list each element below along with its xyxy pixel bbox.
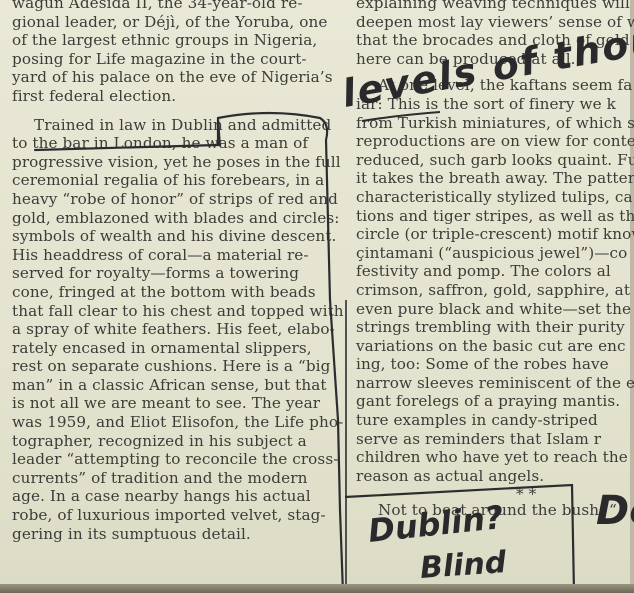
text-line: rately encased in ornamental slippers, [12, 339, 334, 358]
text-line: crimson, saffron, gold, sapphire, at [356, 281, 634, 300]
text-line: circle (or triple-crescent) motif know [356, 225, 634, 244]
text-line: leader “attempting to reconcile the cros… [12, 450, 334, 469]
text-line: it takes the breath away. The patter [356, 169, 634, 188]
text-line: festivity and pomp. The colors al [356, 262, 634, 281]
text-line: wagun Adesida II, the 34-year-old re- [12, 0, 334, 13]
text-line: çintamani (“auspicious jewel”)—co [356, 244, 634, 263]
handwritten-blind: Blind [419, 545, 507, 586]
text-line: gant forelegs of a praying mantis. [356, 392, 634, 411]
text-line: children who have yet to reach the [356, 448, 634, 467]
text-line: tographer, recognized in his subject a [12, 432, 334, 451]
text-line: reason as actual angels. [356, 467, 634, 486]
text-line: yard of his palace on the eve of Nigeria… [12, 68, 334, 87]
text-line: posing for Life magazine in the court- [12, 50, 334, 69]
text-line: ing, too: Some of the robes have [356, 355, 634, 374]
text-line: age. In a case nearby hangs his actual [12, 487, 334, 506]
text-line: variations on the basic cut are enc [356, 337, 634, 356]
text-line: served for royalty—forms a towering [12, 264, 334, 283]
text-line: His headdress of coral—a material re- [12, 246, 334, 265]
text-line: is not all we are meant to see. The year [12, 394, 334, 413]
paper-edge-bottom [0, 584, 634, 593]
text-line: Trained in law in Dublin and admitted [12, 116, 334, 135]
text-line: man” in a classic African sense, but tha… [12, 376, 334, 395]
text-line: a spray of white feathers. His feet, ela… [12, 320, 334, 339]
text-line: reduced, such garb looks quaint. Full- [356, 151, 634, 170]
text-line: serve as reminders that Islam r [356, 430, 634, 449]
text-line: even pure black and white—set the [356, 300, 634, 319]
left-column-text: wagun Adesida II, the 34-year-old re- gi… [12, 0, 334, 543]
text-line: gering in its sumptuous detail. [12, 525, 334, 544]
text-line: to the bar in London, he was a man of [12, 134, 334, 153]
text-line: explaining weaving techniques will [356, 0, 634, 13]
text-line: was 1959, and Eliot Elisofon, the Life p… [12, 413, 334, 432]
text-line: that fall clear to his chest and topped … [12, 302, 334, 321]
text-line: currents” of tradition and the modern [12, 469, 334, 488]
text-line: ceremonial regalia of his forebears, in … [12, 171, 334, 190]
text-line: narrow sleeves reminiscent of the ex [356, 374, 634, 393]
text-line: rest on separate cushions. Here is a “bi… [12, 357, 334, 376]
text-line: first federal election. [12, 87, 334, 106]
text-line: from Turkish miniatures, of which sev [356, 114, 634, 133]
text-line: cone, fringed at the bottom with beads [12, 283, 334, 302]
text-line: strings trembling with their purity [356, 318, 634, 337]
handwritten-margin-note: Do [596, 488, 634, 534]
text-line: symbols of wealth and his divine descent… [12, 227, 334, 246]
text-line: gional leader, or Déjì, of the Yoruba, o… [12, 13, 334, 32]
text-line: gold, emblazoned with blades and circles… [12, 209, 334, 228]
text-line: ture examples in candy-striped [356, 411, 634, 430]
text-line: tions and tiger stripes, as well as the … [356, 207, 634, 226]
text-line: reproductions are on view for context. [356, 132, 634, 151]
text-line: robe, of luxurious imported velvet, stag… [12, 506, 334, 525]
text-line: heavy “robe of honor” of strips of red a… [12, 190, 334, 209]
text-line: characteristically stylized tulips, ca [356, 188, 634, 207]
text-line: progressive vision, yet he poses in the … [12, 153, 334, 172]
text-line: of the largest ethnic groups in Nigeria, [12, 31, 334, 50]
